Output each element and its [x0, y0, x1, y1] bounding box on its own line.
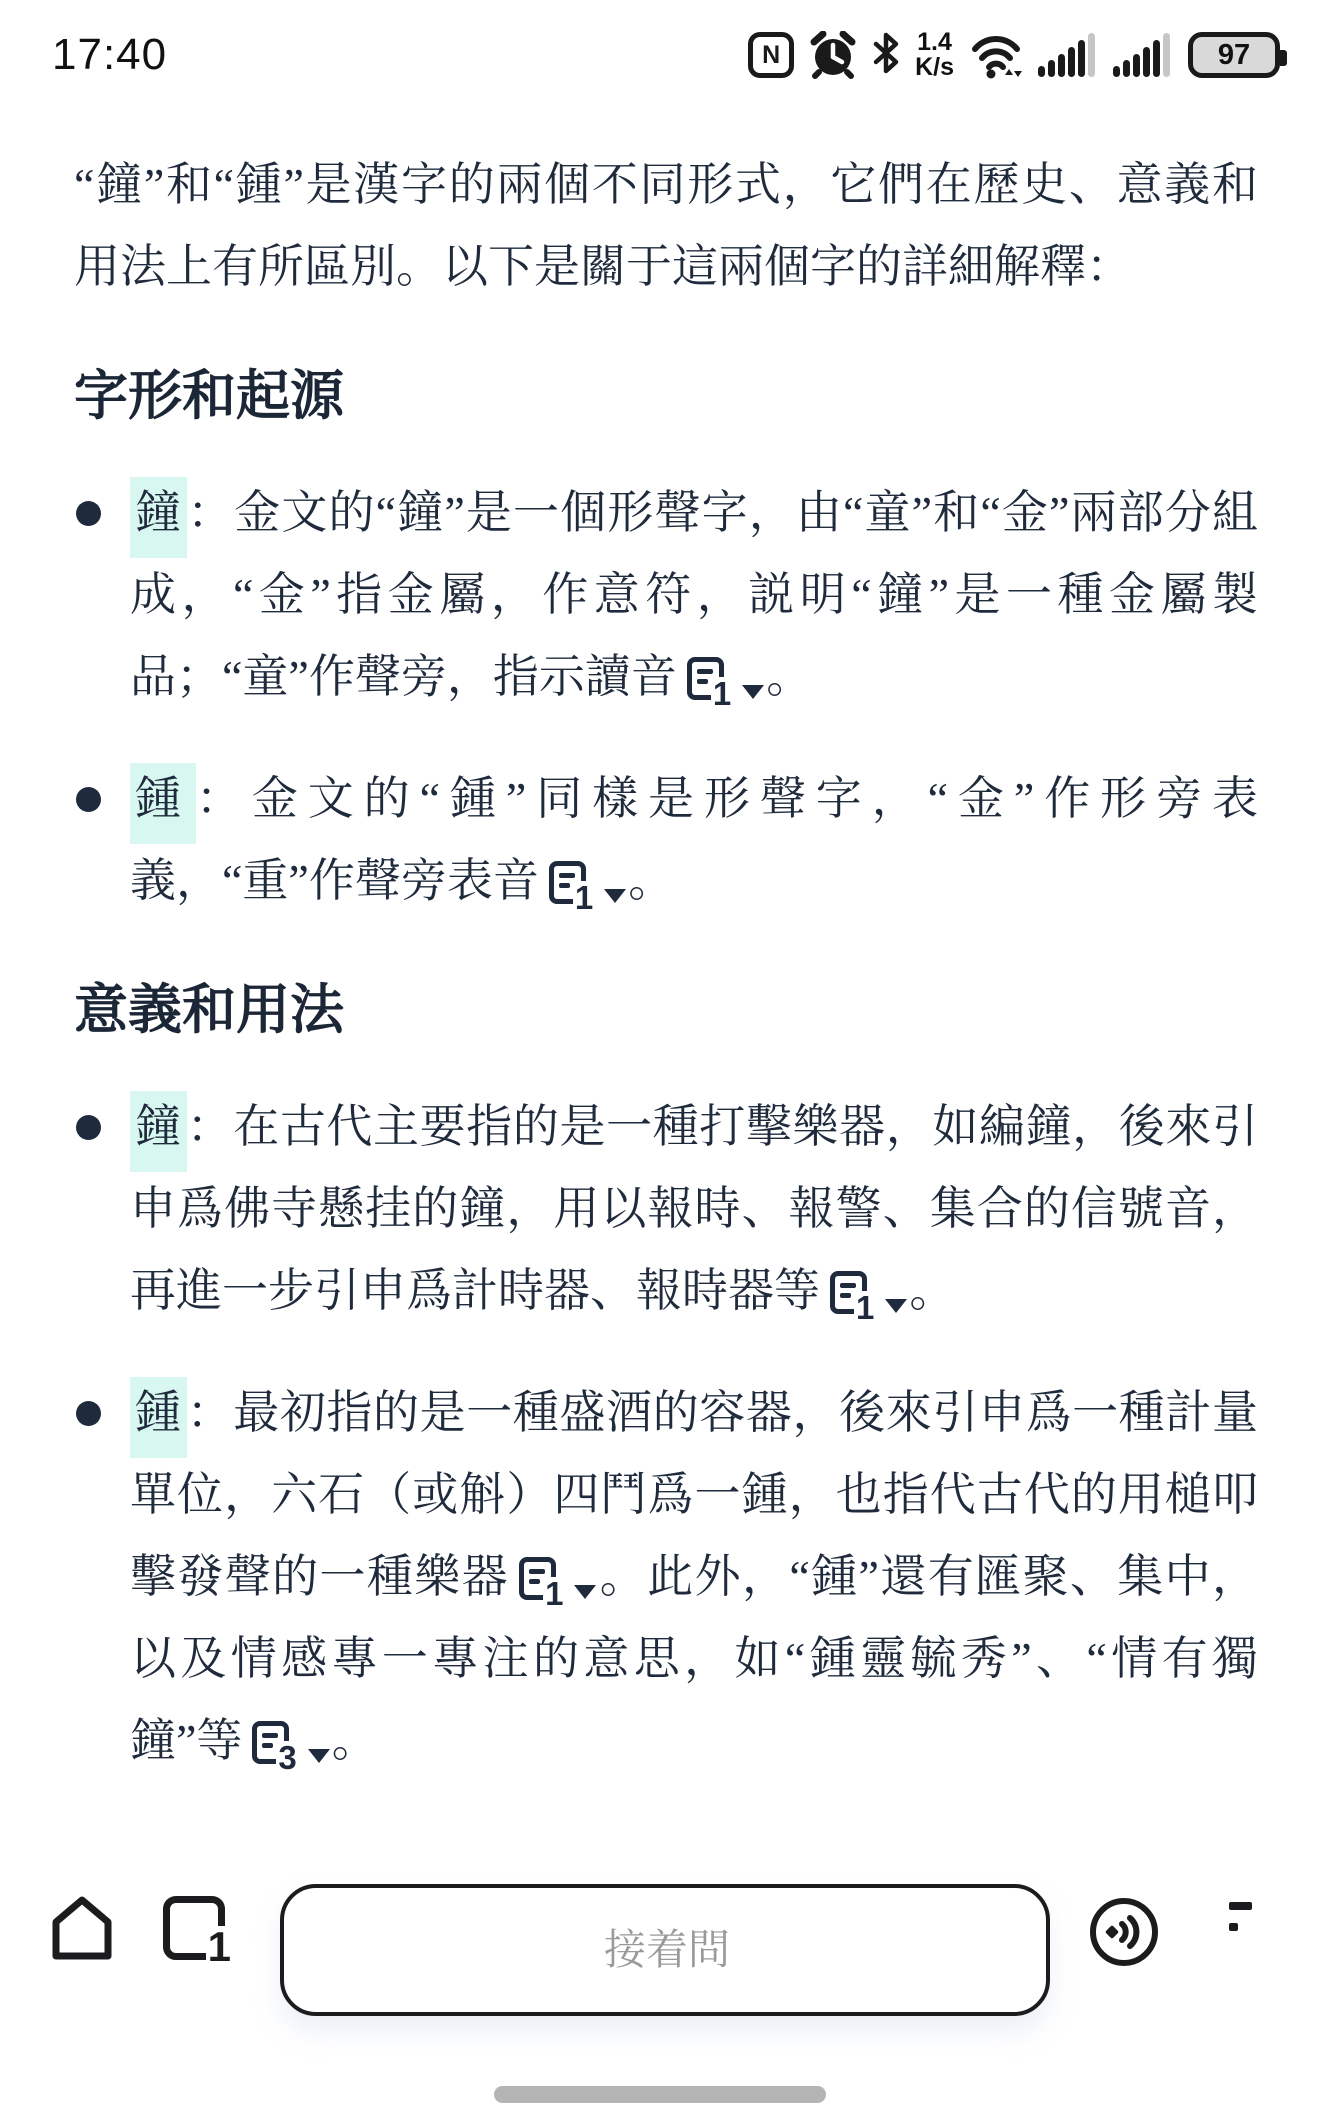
wifi-icon	[969, 31, 1023, 79]
gesture-navigation-bar[interactable]	[494, 2086, 826, 2103]
chevron-down-icon	[604, 889, 626, 903]
bullet-zhong-bell-meaning: 鐘：在古代主要指的是一種打擊樂器，如編鐘，後來引申爲佛寺懸挂的鐘，用以報時、報警…	[74, 1086, 1258, 1332]
bluetooth-icon	[872, 32, 900, 78]
clock-time: 17:40	[52, 30, 167, 80]
term-highlight-zhong-cup: 鍾	[130, 1377, 187, 1458]
battery-percent: 97	[1218, 41, 1250, 70]
bullet-list-glyph-origin: 鐘：金文的“鐘”是一個形聲字，由“童”和“金”兩部分組成，“金”指金屬，作意符，…	[74, 472, 1258, 922]
bullet-zhong-cup-meaning: 鍾：最初指的是一種盛酒的容器，後來引申爲一種計量單位，六石（或斛）四鬥爲一鍾，也…	[74, 1372, 1258, 1782]
term-highlight-zhong-bell: 鐘	[130, 477, 187, 558]
bullet-text: ：金文的“鍾”同樣是形聲字，“金”作形旁表義，“重”作聲旁表音	[130, 773, 1258, 906]
intro-paragraph: “鐘”和“鍾”是漢字的兩個不同形式，它們在歷史、意義和用法上有所區別。以下是關于…	[74, 144, 1258, 308]
bullet-zhong-cup-origin: 鍾：金文的“鍾”同樣是形聲字，“金”作形旁表義，“重”作聲旁表音1。	[74, 758, 1258, 922]
status-icons: 1.4 K/s	[748, 30, 1280, 80]
followup-input[interactable]	[284, 1888, 1050, 2014]
chevron-down-icon	[742, 685, 764, 699]
battery-indicator: 97	[1188, 32, 1280, 78]
cellular-signal-icon-sim2	[1113, 32, 1173, 78]
bullet-text: 。	[628, 855, 674, 906]
chevron-down-icon	[308, 1749, 330, 1763]
citation-count: 1	[854, 1291, 876, 1324]
bullet-text: 。	[909, 1265, 955, 1316]
chat-answer: “鐘”和“鍾”是漢字的兩個不同形式，它們在歷史、意義和用法上有所區別。以下是關于…	[0, 120, 1320, 1782]
chevron-down-icon	[885, 1299, 907, 1313]
citation-chip[interactable]: 1	[519, 1557, 596, 1600]
citation-chip[interactable]: 3	[252, 1721, 329, 1764]
citation-chip[interactable]: 1	[687, 657, 764, 700]
bullet-text: 。	[332, 1715, 378, 1766]
term-highlight-zhong-cup: 鍾	[130, 763, 196, 844]
citation-count: 3	[276, 1741, 298, 1774]
cellular-signal-icon-sim1	[1038, 32, 1098, 78]
battery-terminal	[1280, 50, 1287, 66]
network-speed-value: 1.4	[917, 30, 952, 55]
bullet-text: ：在古代主要指的是一種打擊樂器，如編鐘，後來引申爲佛寺懸挂的鐘，用以報時、報警、…	[130, 1101, 1258, 1316]
network-speed-unit: K/s	[915, 55, 954, 80]
citation-count: 1	[711, 677, 733, 710]
bullet-zhong-bell-origin: 鐘：金文的“鐘”是一個形聲字，由“童”和“金”兩部分組成，“金”指金屬，作意符，…	[74, 472, 1258, 718]
chevron-down-icon	[574, 1585, 596, 1599]
section-heading-meaning-usage: 意義和用法	[74, 974, 1258, 1046]
term-highlight-zhong-bell: 鐘	[130, 1091, 187, 1172]
followup-input-box[interactable]	[280, 1884, 1050, 2016]
section-heading-glyph-origin: 字形和起源	[74, 360, 1258, 432]
read-aloud-button[interactable]	[1088, 1896, 1160, 1968]
home-button[interactable]	[50, 1894, 114, 1969]
menu-button[interactable]	[1229, 1902, 1277, 1958]
network-speed: 1.4 K/s	[915, 30, 954, 80]
tab-count: 1	[206, 1926, 233, 1968]
citation-chip[interactable]: 1	[830, 1271, 907, 1314]
bottom-toolbar: 1	[0, 1884, 1320, 2034]
tabs-button[interactable]: 1	[163, 1896, 225, 1960]
citation-count: 1	[573, 881, 595, 914]
bullet-text: 。	[766, 651, 812, 702]
bullet-list-meaning-usage: 鐘：在古代主要指的是一種打擊樂器，如編鐘，後來引申爲佛寺懸挂的鐘，用以報時、報警…	[74, 1086, 1258, 1782]
nfc-icon	[748, 32, 794, 78]
status-bar: 17:40 1.4 K/s	[0, 0, 1320, 96]
citation-chip[interactable]: 1	[549, 861, 626, 904]
alarm-icon	[809, 31, 857, 79]
citation-count: 1	[543, 1577, 565, 1610]
